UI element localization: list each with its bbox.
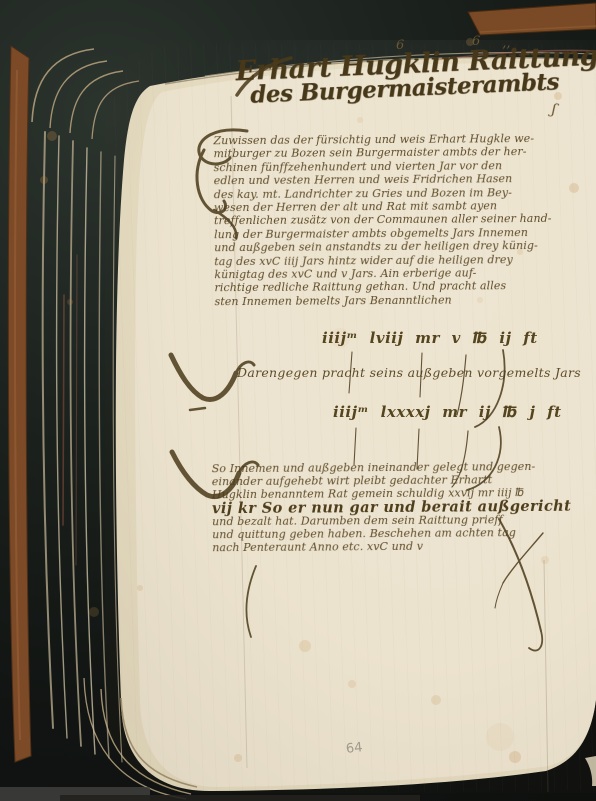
paragraph-1-line: tag des xvC iiij Jars hintz wider auf di… — [214, 252, 564, 268]
manuscript-text-layer: Erhart Hugklin Raittung des Burgermaiste… — [0, 0, 596, 801]
paragraph-2-line-emphasized: vij kr So er nun gar und berait außgeric… — [212, 499, 564, 515]
flourish-mark: ’’ — [502, 44, 510, 59]
paragraph-2-line: und quittung geben haben. Beschehen am a… — [212, 526, 564, 542]
flourish-mark: 6 — [396, 38, 404, 53]
sum-line-expenditure: iiijᵐ lxxxxj mr ij ℔ j ft — [333, 403, 562, 421]
paragraph-1-line: sten Innemen bemelts Jars Benanntlichen — [215, 293, 565, 309]
folio-number-pencil: 64 — [345, 740, 363, 757]
paragraph-1-line: mitburger zu Bozen sein Burgermaister am… — [213, 145, 563, 161]
manuscript-photo: Erhart Hugklin Raittung des Burgermaiste… — [0, 0, 596, 801]
paragraph-2-line: So Innemen und außgeben ineinander geleg… — [212, 460, 564, 476]
paragraph-1-line: des kay. mt. Landrichter zu Gries und Bo… — [214, 185, 564, 201]
flourish-mark: 6 — [472, 34, 480, 49]
paragraph-2-line: nach Penteraunt Anno etc. xvC und v — [212, 539, 564, 555]
expenditure-line: Darengegen pracht seins außgeben vorgeme… — [237, 365, 581, 380]
paragraph-1: Zuwissen das der fürsichtig und weis Erh… — [213, 132, 564, 309]
paragraph-2: So Innemen und außgeben ineinander geleg… — [212, 460, 565, 555]
sum-line-income: iiijᵐ lviij mr v ℔ ij ft — [322, 329, 538, 347]
margin-mark: ʃ — [550, 100, 557, 118]
